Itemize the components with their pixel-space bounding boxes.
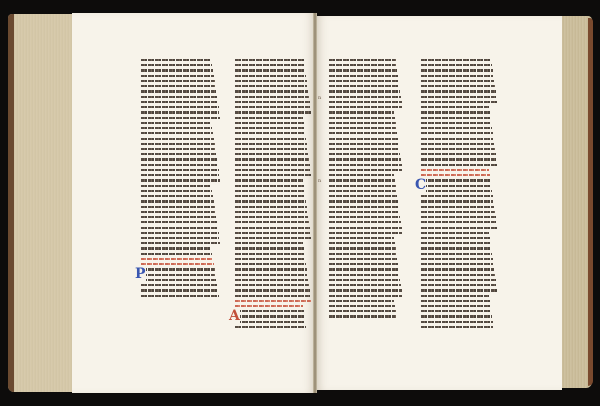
text-line [329, 211, 399, 213]
decorated-initial: A [229, 309, 240, 323]
text-line [421, 195, 493, 197]
text-line [329, 64, 396, 66]
text-line [141, 132, 213, 134]
text-line [421, 279, 496, 281]
text-line [235, 237, 311, 239]
text-line [141, 284, 217, 286]
text-line [421, 117, 490, 119]
text-line [329, 143, 399, 145]
text-line [329, 258, 397, 260]
text-line [235, 80, 307, 82]
text-line [235, 263, 306, 265]
text-line [235, 221, 309, 223]
text-line [235, 143, 307, 145]
text-line [421, 132, 493, 134]
margin-note: n [318, 95, 321, 101]
text-line [329, 247, 396, 249]
text-line [235, 148, 307, 150]
text-line [235, 122, 304, 124]
left-page-column-2: A [235, 59, 312, 331]
text-line [329, 69, 397, 71]
text-line [329, 174, 394, 176]
text-line [421, 80, 494, 82]
text-line [421, 295, 489, 297]
text-line [235, 111, 311, 113]
text-line [421, 200, 493, 202]
text-line [421, 300, 490, 302]
right-page-column-1 [329, 59, 403, 321]
text-line [421, 185, 491, 187]
text-line [329, 242, 395, 244]
text-line [329, 195, 397, 197]
text-line [141, 190, 212, 192]
text-line [421, 101, 497, 103]
text-line [235, 190, 304, 192]
text-line [329, 138, 398, 140]
text-line [141, 185, 211, 187]
text-line [141, 69, 213, 71]
text-line [329, 153, 400, 155]
text-line [329, 237, 394, 239]
text-line [235, 268, 307, 270]
text-line [141, 169, 219, 171]
text-line [141, 247, 211, 249]
text-line [421, 138, 493, 140]
text-line [329, 80, 399, 82]
text-line [141, 263, 214, 265]
text-line [329, 295, 402, 297]
text-line [141, 106, 219, 108]
text-line [329, 117, 395, 119]
text-line [141, 268, 215, 270]
text-line [329, 59, 396, 61]
text-line [141, 216, 216, 218]
text-line [421, 305, 490, 307]
text-line [235, 274, 307, 276]
text-line [329, 85, 399, 87]
text-line [421, 106, 489, 108]
text-line [141, 75, 214, 77]
text-line [235, 247, 304, 249]
text-line [235, 101, 310, 103]
text-line [141, 64, 212, 66]
page-edges-left [8, 14, 74, 392]
text-line [235, 64, 304, 66]
text-line [329, 305, 395, 307]
text-line [235, 195, 305, 197]
text-line [141, 117, 220, 119]
text-line [329, 216, 400, 218]
text-line [141, 242, 220, 244]
text-line [421, 169, 489, 171]
text-line [421, 85, 495, 87]
text-line [329, 268, 399, 270]
text-line [421, 69, 493, 71]
text-line [329, 274, 399, 276]
text-line [141, 258, 213, 260]
text-line [235, 305, 303, 307]
text-line [235, 75, 306, 77]
left-page-column-1: P [141, 59, 221, 300]
text-line [421, 216, 496, 218]
text-line [329, 279, 400, 281]
text-line [329, 200, 398, 202]
text-line [235, 242, 303, 244]
text-line [141, 85, 215, 87]
text-line [421, 310, 491, 312]
text-line [235, 69, 305, 71]
text-line [329, 221, 401, 223]
text-line [421, 59, 491, 61]
text-line [235, 300, 311, 302]
text-line [235, 153, 308, 155]
text-line [141, 295, 219, 297]
text-line [141, 127, 212, 129]
text-line [235, 310, 304, 312]
text-line [421, 206, 494, 208]
text-line [141, 143, 215, 145]
text-line [141, 253, 212, 255]
text-line [141, 174, 219, 176]
open-manuscript: P A C n n [0, 0, 600, 406]
decorated-initial: C [415, 178, 426, 192]
text-line [141, 138, 214, 140]
text-line [421, 274, 495, 276]
text-line [235, 284, 309, 286]
text-line [235, 90, 308, 92]
text-line [421, 75, 493, 77]
text-line [329, 206, 399, 208]
text-line [329, 90, 400, 92]
text-line [421, 253, 492, 255]
text-line [235, 179, 303, 181]
text-line [235, 127, 304, 129]
text-line [235, 164, 310, 166]
text-line [141, 179, 220, 181]
text-line [141, 80, 215, 82]
text-line [329, 164, 402, 166]
text-line [421, 258, 493, 260]
decorated-initial: P [135, 267, 146, 281]
text-line [141, 122, 211, 124]
text-line [421, 96, 496, 98]
text-line [235, 326, 306, 328]
text-line [235, 106, 310, 108]
text-line [421, 221, 496, 223]
text-line [235, 117, 303, 119]
text-line [329, 310, 396, 312]
text-line [235, 132, 305, 134]
text-line [141, 200, 214, 202]
margin-note: n [318, 178, 321, 184]
text-line [329, 179, 395, 181]
text-line [421, 153, 496, 155]
text-line [421, 227, 497, 229]
text-line [421, 247, 491, 249]
text-line [141, 211, 215, 213]
text-line [235, 289, 310, 291]
text-line [141, 227, 218, 229]
text-line [235, 295, 310, 297]
text-line [141, 206, 215, 208]
text-line [329, 158, 401, 160]
text-line [235, 59, 304, 61]
text-line [421, 190, 492, 192]
text-line [141, 274, 215, 276]
text-line [329, 253, 396, 255]
text-line [235, 174, 311, 176]
text-line [421, 164, 497, 166]
text-line [421, 284, 496, 286]
text-line [141, 289, 218, 291]
text-line [235, 96, 309, 98]
text-line [329, 127, 396, 129]
text-line [421, 127, 492, 129]
gutter [313, 13, 317, 393]
text-line [141, 221, 217, 223]
text-line [141, 158, 217, 160]
text-line [421, 326, 493, 328]
text-line [421, 122, 491, 124]
text-line [235, 216, 308, 218]
binding-right [588, 18, 593, 386]
text-line [421, 289, 497, 291]
text-line [421, 242, 490, 244]
text-line [329, 227, 402, 229]
text-line [329, 101, 402, 103]
text-line [235, 138, 306, 140]
text-line [329, 190, 396, 192]
text-line [235, 158, 309, 160]
text-line [235, 227, 310, 229]
binding-left [8, 14, 14, 392]
text-line [235, 253, 304, 255]
text-line [421, 315, 492, 317]
text-line [329, 284, 401, 286]
text-line [235, 211, 307, 213]
right-page-column-2: C [421, 59, 498, 331]
text-line [235, 279, 308, 281]
text-line [329, 263, 398, 265]
text-line [421, 263, 493, 265]
text-line [235, 169, 310, 171]
text-line [235, 258, 305, 260]
text-line [421, 232, 489, 234]
text-line [235, 206, 307, 208]
text-line [421, 321, 493, 323]
text-line [329, 300, 394, 302]
text-line [421, 90, 496, 92]
text-line [421, 143, 494, 145]
text-line [235, 315, 304, 317]
text-line [329, 122, 396, 124]
text-line [141, 195, 213, 197]
text-line [141, 153, 216, 155]
text-line [329, 148, 399, 150]
text-line [421, 148, 495, 150]
text-line [421, 158, 496, 160]
text-line [329, 232, 402, 234]
text-line [235, 232, 310, 234]
text-line [329, 75, 398, 77]
text-line [141, 101, 218, 103]
text-line [141, 232, 219, 234]
text-line [421, 268, 494, 270]
text-line [141, 111, 219, 113]
text-line [141, 237, 219, 239]
text-line [421, 237, 490, 239]
text-line [235, 185, 304, 187]
text-line [141, 96, 217, 98]
text-line [141, 90, 216, 92]
text-line [141, 164, 218, 166]
text-line [141, 279, 216, 281]
text-line [329, 96, 401, 98]
text-line [329, 106, 402, 108]
text-line [329, 185, 396, 187]
text-line [421, 174, 490, 176]
text-line [235, 85, 307, 87]
text-line [235, 321, 305, 323]
text-line [329, 132, 397, 134]
text-line [235, 200, 306, 202]
text-line [421, 179, 490, 181]
text-line [329, 111, 394, 113]
text-line [329, 169, 402, 171]
text-line [421, 64, 492, 66]
text-line [329, 315, 396, 317]
text-line [421, 111, 490, 113]
text-line [421, 211, 495, 213]
text-line [141, 148, 215, 150]
text-line [329, 289, 402, 291]
text-line [141, 59, 211, 61]
